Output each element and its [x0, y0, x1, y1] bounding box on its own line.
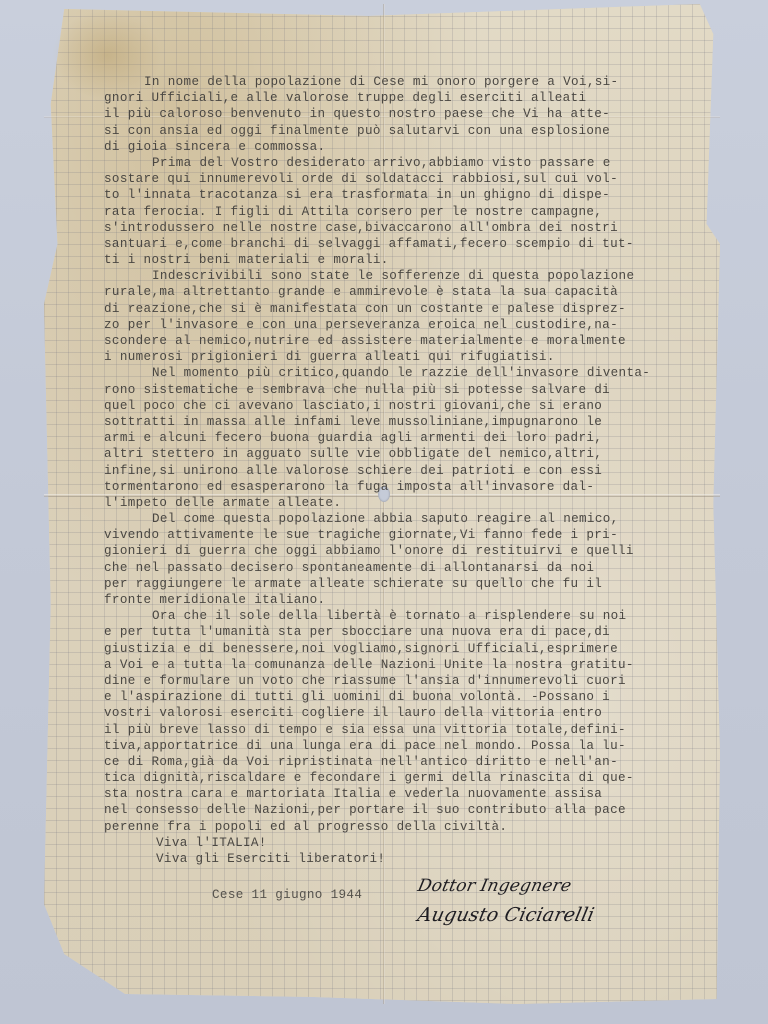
letter-line: Del come questa popolazione abbia saputo… — [104, 511, 724, 527]
letter-line: e l'aspirazione di tutti gli uomini di b… — [104, 689, 724, 705]
letter-line: di reazione,che si è manifestata con un … — [104, 301, 724, 317]
letter-line: gionieri di guerra che oggi abbiamo l'on… — [104, 543, 724, 559]
letter-line: altri stettero in agguato sulle vie obbl… — [104, 446, 724, 462]
letter-line: quel poco che ci avevano lasciato,i nost… — [104, 398, 724, 414]
letter-line: santuari e,come branchi di selvaggi affa… — [104, 236, 724, 252]
letter-line: di gioia sincera e commossa. — [104, 139, 724, 155]
letter-line: vivendo attivamente le sue tragiche gior… — [104, 527, 724, 543]
letter-line: per raggiungere le armate alleate schier… — [104, 576, 724, 592]
letter-line: gnori Ufficiali,e alle valorose truppe d… — [104, 90, 724, 106]
signature-title: Dottor Ingegnere — [416, 876, 573, 896]
letter-line: sta nostra cara e martoriata Italia e ve… — [104, 786, 724, 802]
letter-line: armi e alcuni fecero buona guardia agli … — [104, 430, 724, 446]
letter-body: In nome della popolazione di Cese mi ono… — [104, 74, 724, 867]
letter-line: vostri valorosi eserciti cogliere il lau… — [104, 705, 724, 721]
letter-line: si con ansia ed oggi finalmente può salu… — [104, 123, 724, 139]
letter-line: ce di Roma,già da Voi ripristinata nell'… — [104, 754, 724, 770]
letter-line: il più breve lasso di tempo e sia essa u… — [104, 722, 724, 738]
letter-line: to l'innata tracotanza si era trasformat… — [104, 187, 724, 203]
letter-line: fronte meridionale italiano. — [104, 592, 724, 608]
letter-line: rurale,ma altrettanto grande e ammirevol… — [104, 284, 724, 300]
letter-line: l'impeto delle armate alleate. — [104, 495, 724, 511]
letter-line: ti i nostri beni materiali e morali. — [104, 252, 724, 268]
letter-line: nel consesso delle Nazioni,per portare i… — [104, 802, 724, 818]
letter-line: rono sistematiche e sembrava che nulla p… — [104, 382, 724, 398]
letter-line: giustizia e di benessere,noi vogliamo,si… — [104, 641, 724, 657]
letter-line: il più caloroso benvenuto in questo nost… — [104, 106, 724, 122]
letter-line: a Voi e a tutta la comunanza delle Nazio… — [104, 657, 724, 673]
letter-line: Indescrivibili sono state le sofferenze … — [104, 268, 724, 284]
letter-line: zo per l'invasore e con una perseveranza… — [104, 317, 724, 333]
letter-line: Prima del Vostro desiderato arrivo,abbia… — [104, 155, 724, 171]
letter-line: Ora che il sole della libertà è tornato … — [104, 608, 724, 624]
closing-line: Viva l'ITALIA! — [104, 835, 724, 851]
letter-line: In nome della popolazione di Cese mi ono… — [104, 74, 724, 90]
letter-line: s'introdussero nelle nostre case,bivacca… — [104, 220, 724, 236]
dateline: Cese 11 giugno 1944 — [212, 888, 362, 902]
letter-line: infine,si unirono alle valorose schiere … — [104, 463, 724, 479]
closing-line: Viva gli Eserciti liberatori! — [104, 851, 724, 867]
letter-line: tica dignità,riscaldare e fecondare i ge… — [104, 770, 724, 786]
letter-line: tormentarono ed esasperarono la fuga imp… — [104, 479, 724, 495]
letter-line: che nel passato decisero spontaneamente … — [104, 560, 724, 576]
letter-line: sottratti in massa alle infami leve muss… — [104, 414, 724, 430]
letter-line: tiva,apportatrice di una lunga era di pa… — [104, 738, 724, 754]
signature-name: Augusto Ciciarelli — [416, 904, 597, 926]
letter-line: scondere al nemico,nutrire ed assistere … — [104, 333, 724, 349]
letter-line: i numerosi prigionieri di guerra alleati… — [104, 349, 724, 365]
letter-line: e per tutta l'umanità sta per sbocciare … — [104, 624, 724, 640]
letter-line: sostare qui innumerevoli orde di soldata… — [104, 171, 724, 187]
letter-line: dine e formulare un voto che riassume l'… — [104, 673, 724, 689]
letter-line: perenne fra i popoli ed al progresso del… — [104, 819, 724, 835]
letter-line: Nel momento più critico,quando le razzie… — [104, 365, 724, 381]
letter-line: rata ferocia. I figli di Attila corsero … — [104, 204, 724, 220]
